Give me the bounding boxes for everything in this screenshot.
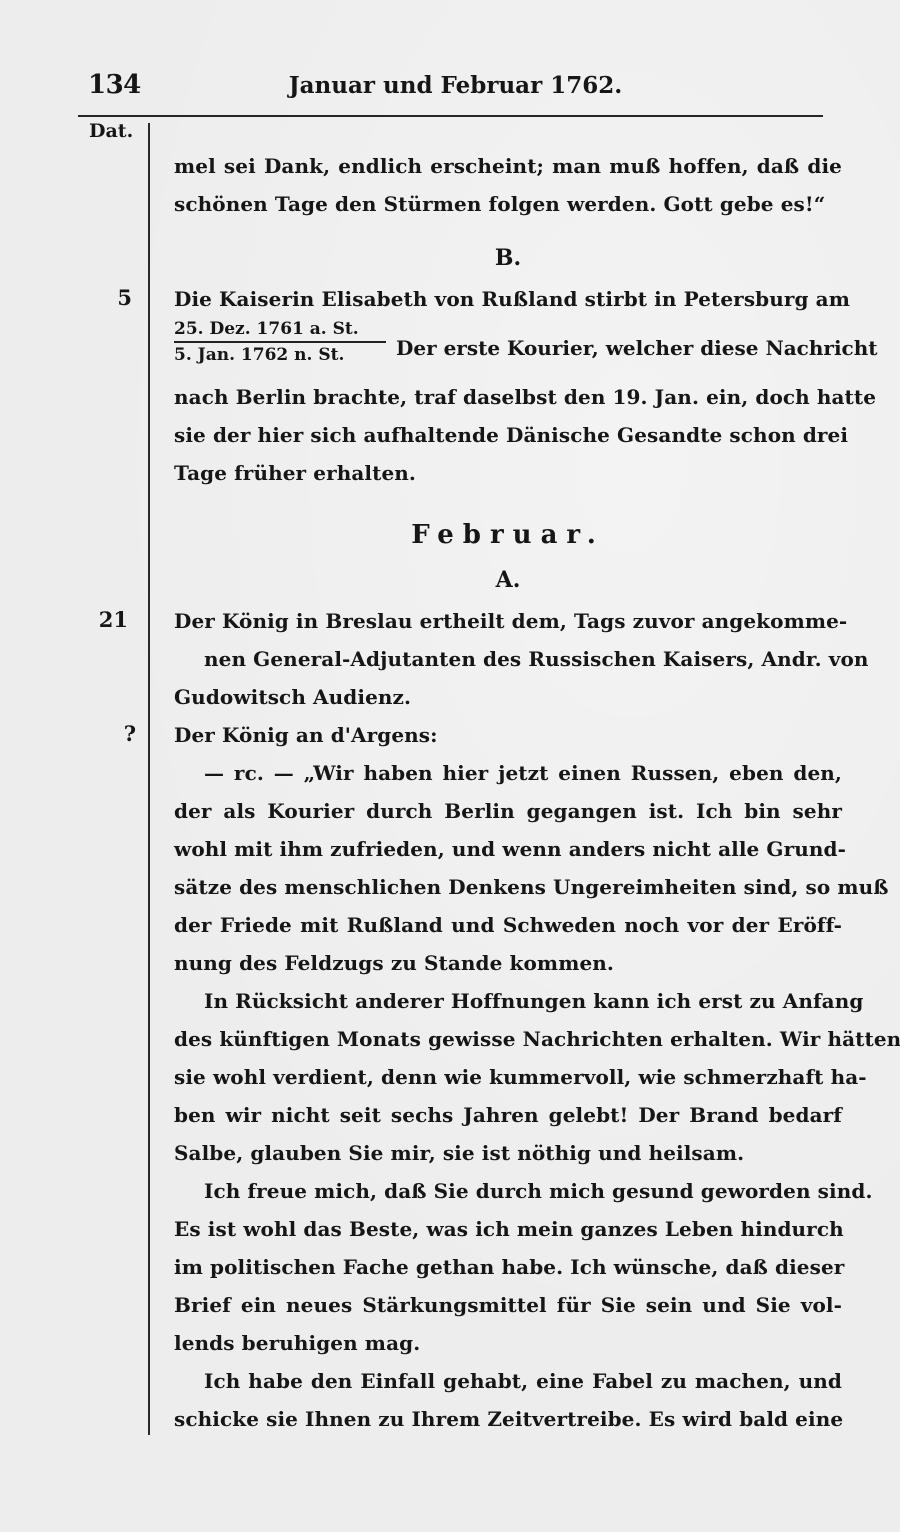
text-line: Ich freue mich, daß Sie durch mich gesun… — [204, 1177, 842, 1205]
text-line: Brief ein neues Stärkungsmittel für Sie … — [174, 1291, 842, 1319]
text-line: lends beruhigen mag. — [174, 1329, 842, 1357]
text-line: mel sei Dank, endlich erscheint; man muß… — [174, 152, 842, 180]
date-column-label: Dat. — [89, 120, 133, 142]
text-line: ben wir nicht seit sechs Jahren gelebt! … — [174, 1101, 842, 1129]
text-line: Gudowitsch Audienz. — [174, 683, 842, 711]
text-line: der Friede mit Rußland und Schweden noch… — [174, 911, 842, 939]
text-line: schönen Tage den Stürmen folgen werden. … — [174, 190, 842, 218]
text-line: In Rücksicht anderer Hoffnungen kann ich… — [204, 987, 842, 1015]
new-style-date: 5. Jan. 1762 n. St. — [174, 343, 386, 366]
text-line: des künftigen Monats gewisse Nachrichten… — [174, 1025, 842, 1053]
entry-date: ? — [96, 721, 136, 746]
text-line: schicke sie Ihnen zu Ihrem Zeitvertreibe… — [174, 1405, 842, 1433]
text-line: sie wohl verdient, denn wie kummervoll, … — [174, 1063, 842, 1091]
text-line: Der König in Breslau ertheilt dem, Tags … — [174, 607, 842, 635]
text-line: Es ist wohl das Beste, was ich mein ganz… — [174, 1215, 842, 1243]
entry-date: 5 — [92, 285, 132, 310]
text-line: — rc. — „Wir haben hier jetzt einen Russ… — [204, 759, 842, 787]
text-line: Ich habe den Einfall gehabt, eine Fabel … — [204, 1367, 842, 1395]
page-header: 134 Januar und Februar 1762. — [88, 70, 823, 106]
date-fraction: 25. Dez. 1761 a. St. 5. Jan. 1762 n. St. — [174, 318, 386, 366]
text-line: nach Berlin brachte, traf daselbst den 1… — [174, 383, 842, 411]
text-line: Die Kaiserin Elisabeth von Rußland stirb… — [174, 285, 842, 313]
old-style-date: 25. Dez. 1761 a. St. — [174, 318, 386, 343]
section-heading-b: B. — [174, 245, 842, 271]
month-heading: Februar. — [174, 520, 842, 550]
text-line: Der König an d'Argens: — [174, 721, 842, 749]
text-line: der als Kourier durch Berlin gegangen is… — [174, 797, 842, 825]
section-heading-a: A. — [174, 567, 842, 593]
text-line: Der erste Kourier, welcher diese Nachric… — [396, 334, 842, 362]
text-line: Salbe, glauben Sie mir, sie ist nöthig u… — [174, 1139, 842, 1167]
text-line: nung des Feldzugs zu Stande kommen. — [174, 949, 842, 977]
book-page: 134 Januar und Februar 1762. Dat. mel se… — [0, 0, 900, 1532]
text-line: wohl mit ihm zufrieden, und wenn anders … — [174, 835, 842, 863]
header-rule — [78, 115, 823, 117]
entry-date: 21 — [88, 607, 128, 632]
text-line: Tage früher erhalten. — [174, 459, 842, 487]
text-line: sätze des menschlichen Denkens Ungereimh… — [174, 873, 842, 901]
running-head: Januar und Februar 1762. — [88, 72, 823, 99]
text-line: nen General-Adjutanten des Russischen Ka… — [204, 645, 842, 673]
column-divider — [148, 123, 150, 1435]
text-line: im politischen Fache gethan habe. Ich wü… — [174, 1253, 842, 1281]
text-line: sie der hier sich aufhaltende Dänische G… — [174, 421, 842, 449]
